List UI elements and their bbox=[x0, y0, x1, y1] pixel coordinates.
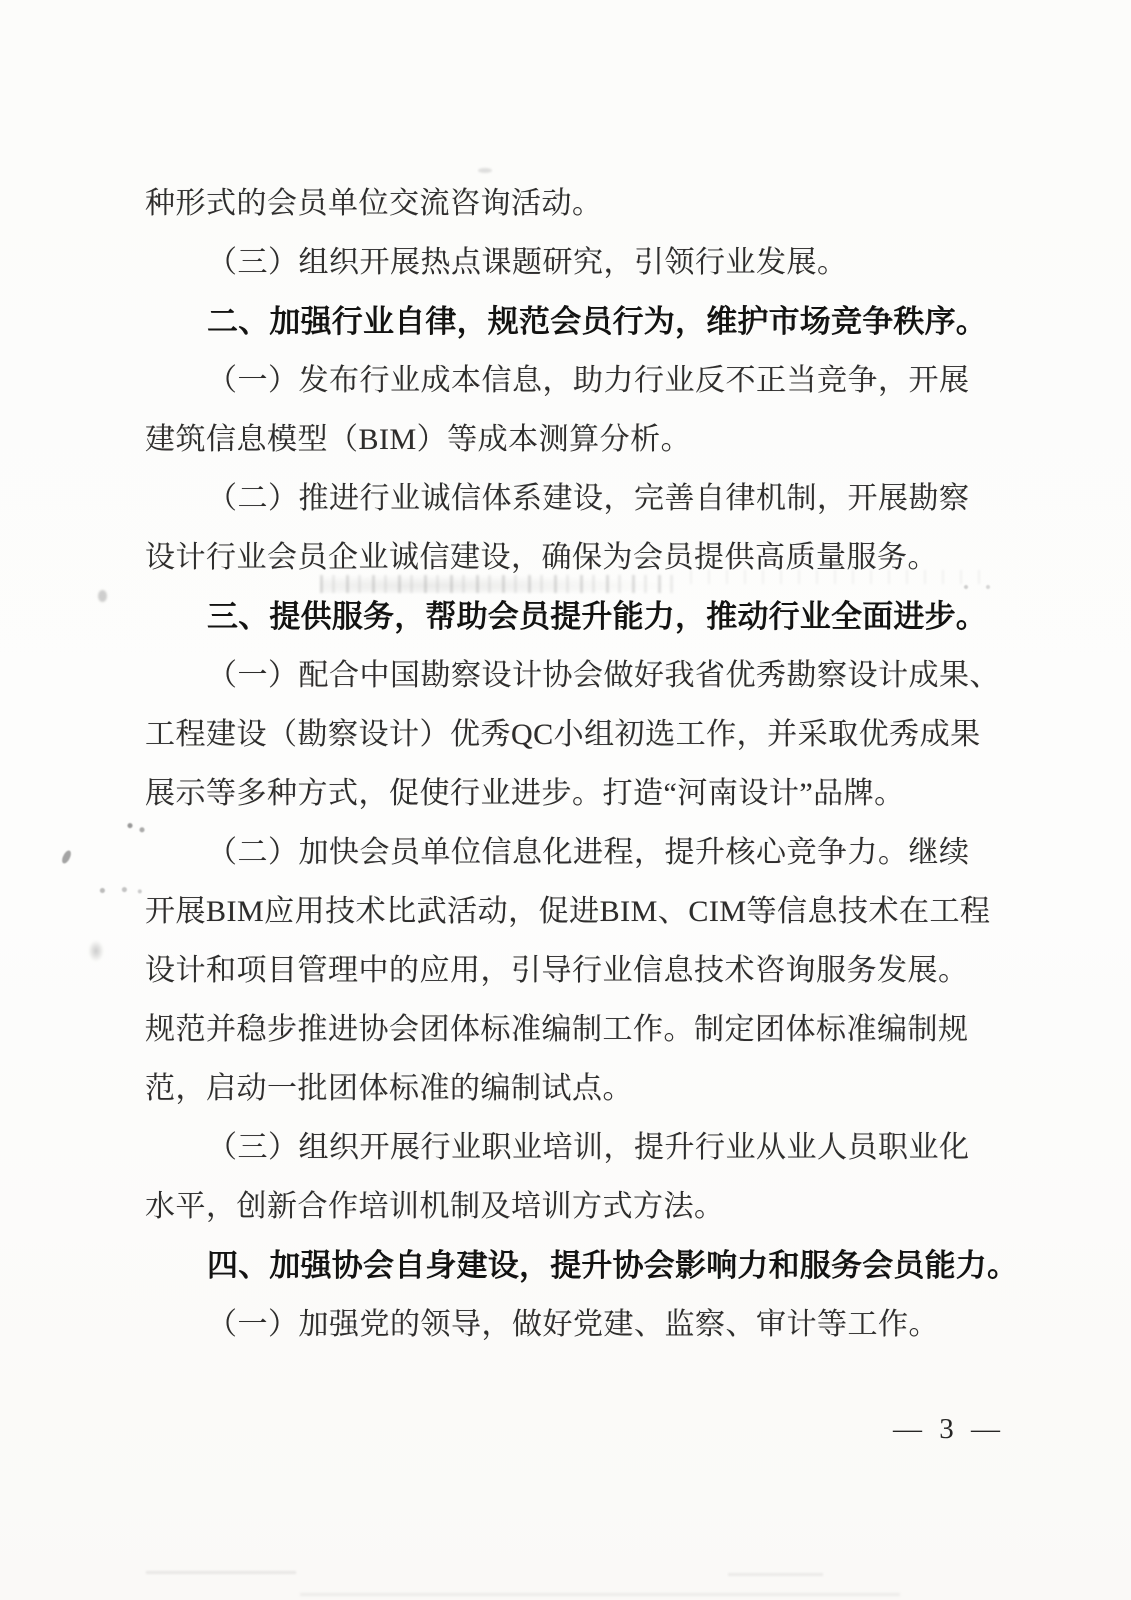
scan-speck bbox=[478, 168, 492, 173]
doc-line-12: （二）加快会员单位信息化进程，提升核心竞争力。继续 bbox=[145, 823, 993, 882]
doc-line-2: （三）组织开展热点课题研究，引领行业发展。 bbox=[145, 233, 993, 292]
scan-speck bbox=[98, 590, 107, 602]
doc-line-5: 建筑信息模型（BIM）等成本测算分析。 bbox=[145, 410, 993, 469]
doc-line-7: 设计行业会员企业诚信建设，确保为会员提供高质量服务。 bbox=[145, 528, 993, 587]
doc-line-14: 设计和项目管理中的应用，引导行业信息技术咨询服务发展。 bbox=[145, 941, 993, 1000]
doc-line-11: 展示等多种方式，促使行业进步。打造“河南设计”品牌。 bbox=[145, 764, 993, 823]
document-body: 种形式的会员单位交流咨询活动。 （三）组织开展热点课题研究，引领行业发展。 二、… bbox=[145, 174, 993, 1354]
doc-line-10: 工程建设（勘察设计）优秀QC小组初选工作，并采取优秀成果 bbox=[145, 705, 993, 764]
section-heading-3: 三、提供服务，帮助会员提升能力，推动行业全面进步。 bbox=[145, 587, 993, 646]
section-heading-2: 二、加强行业自律，规范会员行为，维护市场竞争秩序。 bbox=[145, 292, 993, 351]
doc-line-16: 范，启动一批团体标准的编制试点。 bbox=[145, 1059, 993, 1118]
doc-line-4: （一）发布行业成本信息，助力行业反不正当竞争，开展 bbox=[145, 351, 993, 410]
doc-line-9: （一）配合中国勘察设计协会做好我省优秀勘察设计成果、 bbox=[145, 646, 993, 705]
section-heading-4: 四、加强协会自身建设，提升协会影响力和服务会员能力。 bbox=[145, 1236, 993, 1295]
doc-line-13: 开展BIM应用技术比武活动，促进BIM、CIM等信息技术在工程 bbox=[145, 882, 993, 941]
scan-speck bbox=[88, 940, 104, 962]
scan-streak bbox=[146, 1571, 296, 1574]
doc-line-1: 种形式的会员单位交流咨询活动。 bbox=[145, 174, 993, 233]
doc-line-20: （一）加强党的领导，做好党建、监察、审计等工作。 bbox=[145, 1295, 993, 1354]
doc-line-15: 规范并稳步推进协会团体标准编制工作。制定团体标准编制规 bbox=[145, 1000, 993, 1059]
scan-streak bbox=[728, 1573, 823, 1576]
scan-speck bbox=[126, 820, 146, 834]
scan-speck bbox=[98, 886, 142, 895]
scanned-document-page: 种形式的会员单位交流咨询活动。 （三）组织开展热点课题研究，引领行业发展。 二、… bbox=[0, 0, 1131, 1600]
scan-streak bbox=[300, 1593, 900, 1596]
page-number: — 3 — bbox=[893, 1409, 1013, 1449]
doc-line-17: （三）组织开展行业职业培训，提升行业从业人员职业化 bbox=[145, 1118, 993, 1177]
scan-speck bbox=[61, 849, 72, 865]
doc-line-18: 水平，创新合作培训机制及培训方式方法。 bbox=[145, 1177, 993, 1236]
doc-line-6: （二）推进行业诚信体系建设，完善自律机制，开展勘察 bbox=[145, 469, 993, 528]
